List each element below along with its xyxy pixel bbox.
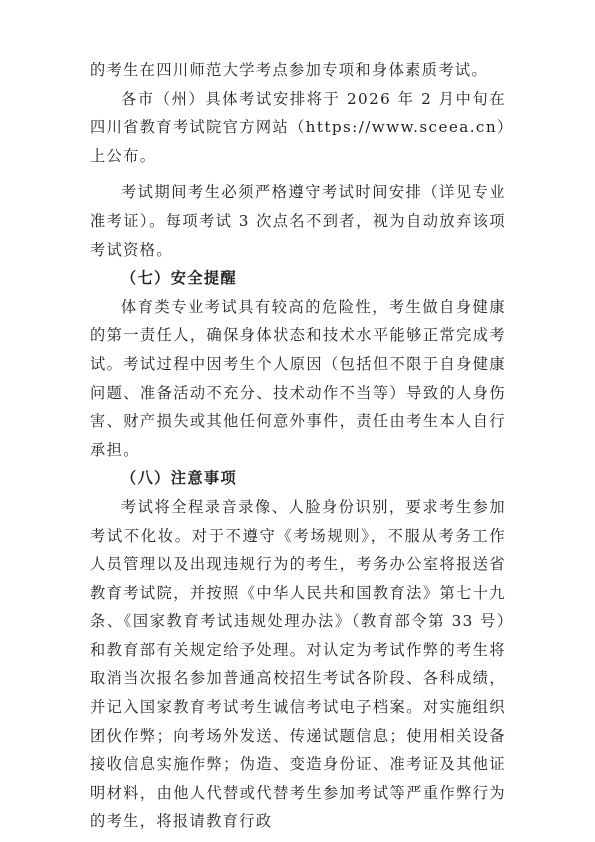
paragraph-city-schedule: 各市（州）具体考试安排将于 2026 年 2 月中旬在四川省教育考试院官方网站（… bbox=[90, 85, 506, 171]
document-page: 的考生在四川师范大学考点参加专项和身体素质考试。 各市（州）具体考试安排将于 2… bbox=[90, 56, 506, 836]
paragraph-exam-venue: 的考生在四川师范大学考点参加专项和身体素质考试。 bbox=[90, 56, 506, 85]
paragraph-safety: 体育类专业考试具有较高的危险性，考生做自身健康的第一责任人，确保身体状态和技术水… bbox=[90, 293, 506, 465]
section-heading-safety: （七）安全提醒 bbox=[90, 264, 506, 293]
paragraph-time-rules: 考试期间考生必须严格遵守考试时间安排（详见专业准考证）。每项考试 3 次点名不到… bbox=[90, 178, 506, 264]
paragraph-notes: 考试将全程录音录像、人脸身份识别，要求考生参加考试不化妆。对于不遵守《考场规则》… bbox=[90, 493, 506, 836]
section-heading-notes: （八）注意事项 bbox=[90, 464, 506, 493]
